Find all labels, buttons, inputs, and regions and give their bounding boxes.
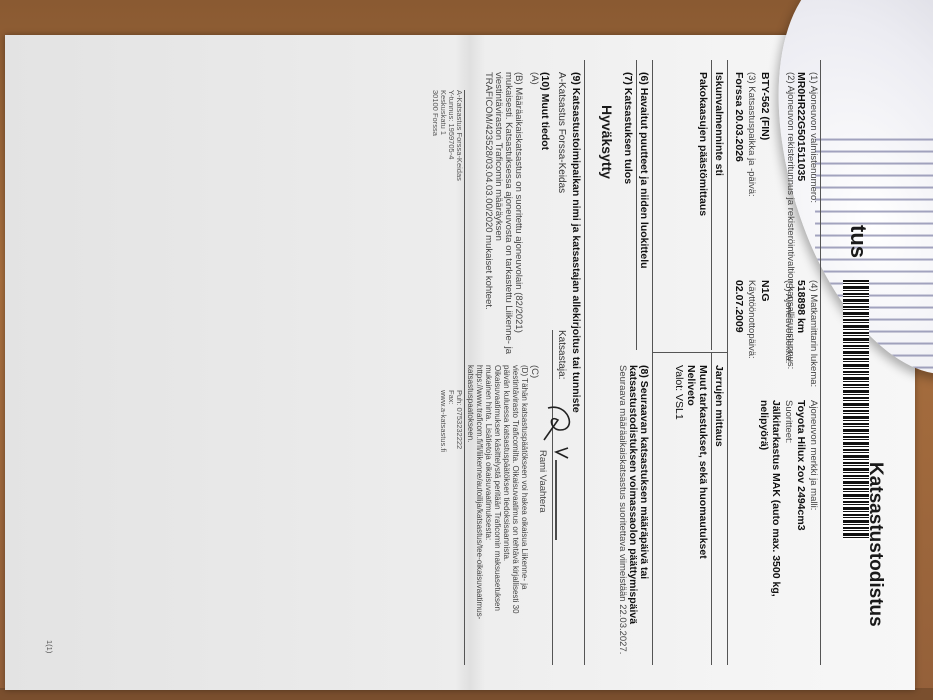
divider [711,60,712,350]
other-checks-header: Muut tarkastukset, sekä huomautukset [697,365,709,559]
divider [711,352,712,665]
divider [820,60,821,665]
make-model-value: Toyota Hilux 2ov 2494cm3 [795,400,807,531]
registration-value: BTY-562 (FIN) [759,72,771,140]
place-date-label: (3) Katsastuspaikka ja -päivä: [745,72,756,197]
inspection-certificate: Katsastustodistus tus (1) Ajoneuvon valm… [0,0,933,700]
footer-website: www.a-katsastus.fi [438,390,447,452]
inspector-label: Katsastaja: [556,330,568,379]
section-6-heading: (6) Havaitut puutteet ja niiden luokitte… [638,72,650,269]
vin-label: (1) Ajoneuvon valmistenumero: [807,72,818,203]
note-c: (C) [528,365,539,378]
performed-label: Suoritteet: [782,400,793,443]
note-d-line: (D) Tähän katsastuspäätökseen voi hakea … [520,365,529,589]
divider [636,60,637,350]
note-d-line: mukainen hinta. Lisätietoja oikaisuvaati… [484,365,493,540]
section-9-heading: (9) Katsastustoimipaikan nimi ja katsast… [570,72,582,413]
note-d-line: päivän kuluessa katsastuspäätöksen tiedo… [502,365,511,561]
note-d-line: viestintävirasto Traficomilta. Oikaisuva… [511,365,520,614]
footer-postal: 30100 Forssa [430,90,439,136]
station-name: A-Katsastus Forssa-Keidas [556,72,568,193]
divider [652,60,653,665]
test-emissions: Pakokaasujen päästömittaus [697,72,709,216]
test-shock-absorber: Iskunvalmenninte sti [713,72,725,176]
note-d-line: katsastuspaatokseen. [466,365,475,442]
next-inspection-date: Seuraava määräaikaiskatsastus suoritetta… [616,365,627,654]
note-b-line: TRAFICOM/423528/03.04.03.00/2020 mukaise… [482,72,493,310]
section-7-heading: (7) Katsastuksen tulos [622,72,634,184]
test-brakes: Jarrujen mittaus [713,365,725,447]
first-use-label: Käyttöönottopäivä: [745,280,756,359]
page-number: 1(1) [44,640,53,653]
note-d-line: Oikaisuvaatimuksen käsittelystä peritään… [493,365,502,611]
other-check-item: Valot: VSL1 [673,365,685,420]
vehicle-class-label: (5) Ajoneuvoluokka: [782,280,793,363]
vin-value: MR0HR22G501511035 [795,72,807,181]
performed-value: Jälkitarkastus MAK (auto max. 3500 kg, n… [758,400,782,600]
divider [653,352,728,353]
barcode [843,280,869,540]
place-date-value: Forssa 20.03.2026 [733,72,745,162]
vehicle-class-value: N1G [759,280,771,302]
note-d-line: https://www.traficom.fi/fi/liikenne/auto… [475,365,484,619]
section-8-heading-cont: katsastustodistuksen voimassaolon päätty… [627,365,639,624]
section-8-heading: (8) Seuraavan katsastuksen määräpäivä ta… [638,365,650,579]
divider [464,90,465,665]
inspector-name: Rami Vaahtera [536,450,547,513]
odometer-value: 518898 km [795,280,807,333]
first-use-value: 02.07.2009 [733,280,745,333]
note-a: (A) [528,72,539,85]
inspection-result: Hyväksytty [599,105,615,179]
other-check-item: Neliveto [685,365,697,406]
make-model-label: Ajoneuvon merkki ja malli: [807,400,818,510]
divider [584,60,585,665]
odometer-label: (4) Matkamittarin lukema: [807,280,818,387]
section-10-heading: (10) Muut tiedot [539,72,551,150]
divider [727,60,728,665]
logo-partial: tus [846,225,871,258]
